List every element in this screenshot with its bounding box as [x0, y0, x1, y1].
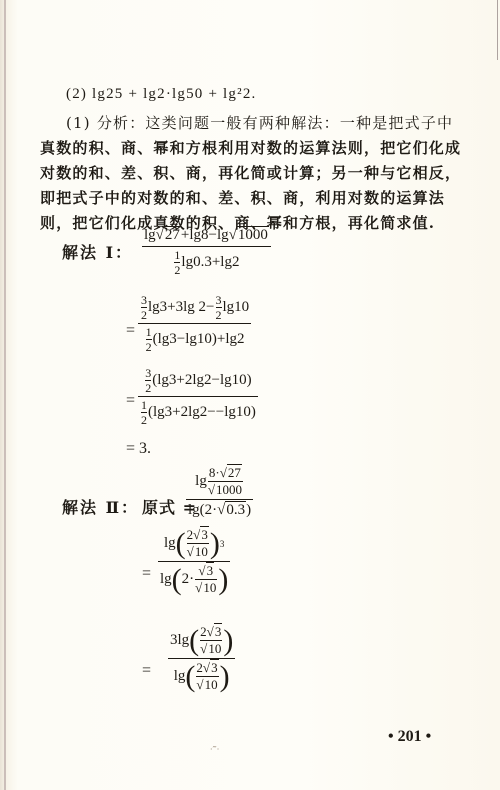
text: 3	[216, 294, 222, 306]
fraction-bar	[138, 396, 258, 397]
method-1-step-3: 32(lg3+2lg2−lg10) 12(lg3+2lg2−−lg10)	[138, 367, 258, 426]
radicand: 10	[194, 543, 209, 559]
radicand: 0.3	[225, 501, 246, 518]
text: lg	[164, 535, 176, 552]
radicand: 3	[200, 526, 209, 542]
inner-fraction: 2√3 √10	[187, 528, 209, 559]
fraction-numerator: 32(lg3+2lg2−lg10)	[142, 367, 253, 394]
fraction-numerator: lg 8·√27 √1000	[193, 466, 246, 497]
text: lg(2·	[188, 502, 217, 518]
fraction-bar	[168, 658, 235, 659]
text: +lg8−lg	[181, 227, 229, 243]
exponent: 3	[220, 539, 225, 549]
page-binding-edge	[4, 0, 6, 790]
text: 3lg	[170, 632, 189, 649]
book-page: (2) lg25 + lg2·lg50 + lg²2. (1) 分析：这类问题一…	[0, 0, 500, 790]
radicand: 3	[206, 562, 215, 578]
text: lg0.3+lg2	[181, 254, 239, 270]
fraction-bar	[138, 323, 251, 324]
text: lg	[174, 668, 186, 685]
fraction-numerator: lg( 2√3 √10 )3	[162, 528, 226, 559]
text: 2·	[182, 571, 195, 588]
fraction-numerator: lg√27+lg8−lg√1000	[142, 227, 271, 244]
method-1-step-1: lg√27+lg8−lg√1000 12lg0.3+lg2	[142, 227, 271, 276]
method-1-step-2: 32lg3+3lg 2−32lg10 12(lg3−lg10)+lg2	[138, 294, 251, 353]
inner-fraction: 2√3 √10	[196, 661, 218, 692]
text: 1	[141, 399, 147, 411]
text: 2	[146, 341, 152, 353]
fraction-bar	[158, 561, 230, 562]
equals-sign: =	[142, 565, 151, 583]
method-1-label: 解法 Ⅰ：	[62, 240, 133, 263]
text: 8·	[209, 465, 220, 480]
radicand: 10	[202, 579, 217, 595]
text: lg	[144, 227, 156, 243]
half-fraction: 12	[174, 249, 180, 276]
radicand: 27	[227, 464, 242, 480]
three-halves: 32	[141, 294, 147, 321]
fraction-numerator: 32lg3+3lg 2−32lg10	[138, 294, 251, 321]
inner-fraction: 8·√27 √1000	[208, 466, 243, 497]
three-halves: 32	[216, 294, 222, 321]
text: 3	[141, 294, 147, 306]
radicand: 1000	[237, 226, 269, 243]
text: 1	[146, 326, 152, 338]
analysis-line-2: 真数的积、商、幂和方根利用对数的运算法则，把它们化成	[40, 137, 461, 158]
text: lg10	[223, 299, 250, 315]
fraction-denominator: lg( 2√3 √10 )	[172, 661, 232, 692]
method-2-step-2: lg( 2√3 √10 )3 lg(2· √3 √10 )	[158, 528, 230, 595]
inner-fraction: √3 √10	[195, 564, 217, 595]
text: 2	[174, 264, 180, 276]
analysis-line-3: 对数的和、差、积、商，再化简或计算；另一种与它相反，	[40, 162, 461, 183]
radicand: 10	[207, 640, 222, 656]
half-fraction: 12	[141, 399, 147, 426]
text: lg	[195, 473, 207, 490]
radicand: 3	[214, 623, 223, 639]
text: 2	[145, 382, 151, 394]
fraction-denominator: 12(lg3+2lg2−−lg10)	[138, 399, 258, 426]
method-1-result: = 3.	[126, 440, 151, 458]
inner-fraction: 2√3 √10	[200, 625, 222, 656]
radicand: 3	[210, 659, 219, 675]
three-halves: 32	[145, 367, 151, 394]
page-number: • 201 •	[388, 728, 431, 746]
fraction-bar	[186, 499, 253, 500]
method-2-label: 解法 Ⅱ：	[62, 495, 139, 518]
half-fraction: 12	[146, 326, 152, 353]
fraction-denominator: 12lg0.3+lg2	[171, 249, 241, 276]
text: lg	[160, 571, 172, 588]
page-right-edge	[497, 0, 498, 60]
analysis-line-1: (1) 分析：这类问题一般有两种解法：一种是把式子中	[66, 112, 453, 133]
text: (lg3−lg10)+lg2	[153, 331, 245, 347]
analysis-line-4: 即把式子中的对数的和、差、积、商，利用对数的运算法	[40, 187, 445, 208]
fraction-numerator: 3lg( 2√3 √10 )	[168, 625, 235, 656]
text: (lg3+2lg2−lg10)	[152, 372, 251, 388]
fraction-denominator: 12(lg3−lg10)+lg2	[143, 326, 247, 353]
equals-sign: =	[142, 662, 151, 680]
text: (lg3+2lg2−−lg10)	[148, 404, 256, 420]
method-2-step-1: lg 8·√27 √1000 lg(2·√0.3)	[186, 466, 253, 519]
radicand: 1000	[215, 481, 243, 497]
text: 1	[174, 249, 180, 261]
fraction-bar	[142, 246, 271, 247]
text: 3	[145, 367, 151, 379]
problem-2: (2) lg25 + lg2·lg50 + lg²2.	[66, 86, 256, 103]
equals-sign: =	[126, 322, 135, 340]
fraction-denominator: lg(2· √3 √10 )	[158, 564, 230, 595]
radicand: 27	[164, 226, 181, 243]
radicand: 10	[204, 676, 219, 692]
method-2-step-3: 3lg( 2√3 √10 ) lg( 2√3 √10 )	[168, 625, 235, 692]
fraction-denominator: lg(2·√0.3)	[186, 502, 253, 519]
text: 2	[216, 309, 222, 321]
text: 2	[141, 309, 147, 321]
text: lg3+3lg 2−	[148, 299, 215, 315]
text: )	[246, 502, 251, 518]
text: 2	[141, 414, 147, 426]
equals-sign: =	[126, 392, 135, 410]
ink-smudge: ·‴·	[210, 745, 219, 754]
